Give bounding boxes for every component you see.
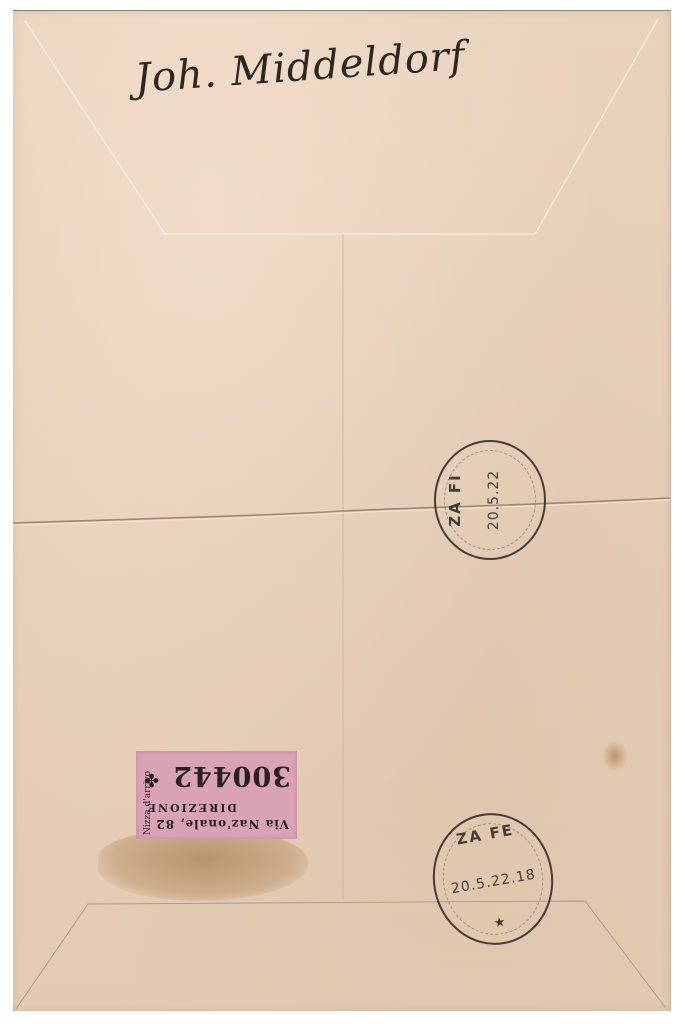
stain xyxy=(603,741,627,771)
postmark-date: 20.5.22.18 xyxy=(435,864,552,900)
envelope: Joh. Middeldorf Via Naz'onale, 82 DIREZI… xyxy=(13,10,671,1011)
registration-label: Via Naz'onale, 82 DIREZIONE 300442 Nizza… xyxy=(136,751,297,839)
label-number: 300442 xyxy=(172,760,291,791)
postmark: ZA FI 20.5.22 xyxy=(434,440,546,560)
label-address: Via Naz'onale, 82 xyxy=(155,817,289,831)
postmark-date: 20.5.22 xyxy=(486,442,502,558)
label-side-text: Nizza d'arrivo xyxy=(142,755,170,835)
label-emblem-icon: ✤ xyxy=(144,769,159,790)
postmark-town: ZA FI xyxy=(446,442,464,558)
